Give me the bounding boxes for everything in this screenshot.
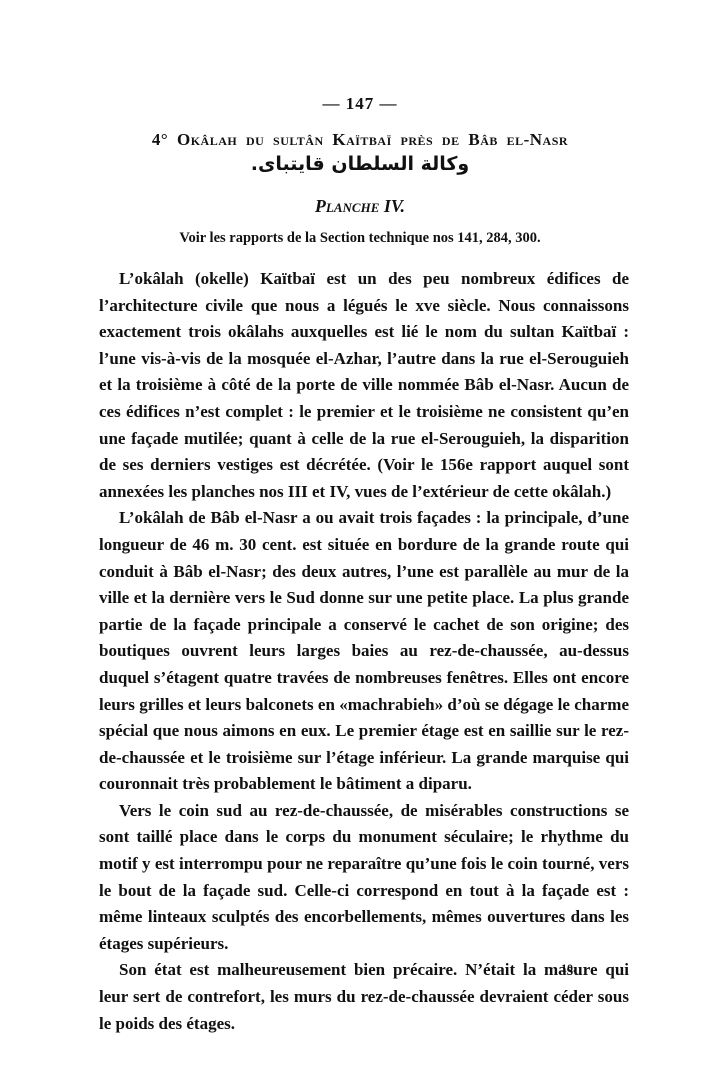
- section-title: 4° Okâlah du sultân Kaïtbaï près de Bâb …: [0, 130, 720, 150]
- arabic-title: وكالة السلطان قايتباى.: [0, 153, 720, 175]
- see-reports-note: Voir les rapports de la Section techniqu…: [0, 230, 720, 247]
- paragraph: Son état est malheureusement bien précai…: [99, 957, 629, 1037]
- paragraph: L’okâlah (okelle) Kaïtbaï est un des peu…: [99, 266, 629, 505]
- paragraph: Vers le coin sud au rez-de-chaussée, de …: [99, 798, 629, 958]
- signature-mark: 10.: [561, 961, 576, 976]
- plate-reference: Planche IV.: [0, 196, 720, 217]
- paragraph: L’okâlah de Bâb el-Nasr a ou avait trois…: [99, 505, 629, 798]
- body-text: L’okâlah (okelle) Kaïtbaï est un des peu…: [99, 266, 629, 1037]
- page-number: — 147 —: [0, 94, 720, 114]
